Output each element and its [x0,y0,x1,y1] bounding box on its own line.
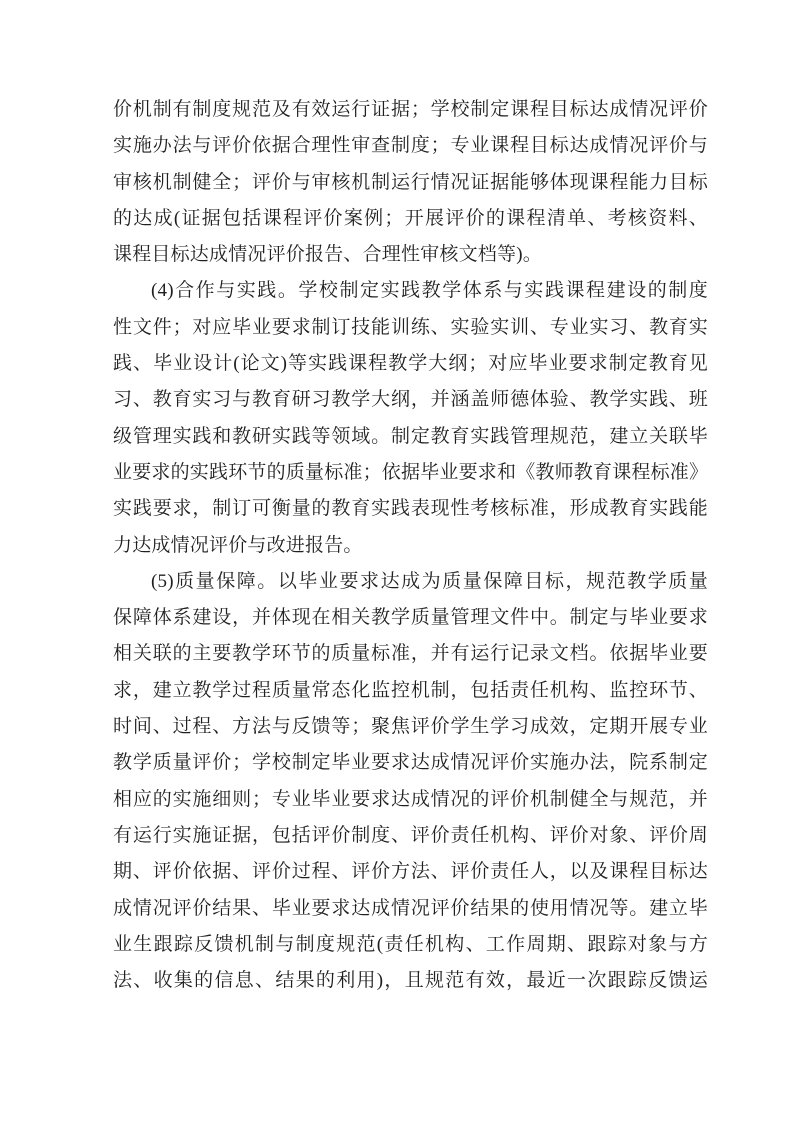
text-line: 业生跟踪反馈机制与制度规范(责任机构、工作周期、跟踪对象与方 [113,927,708,963]
text-line: (5)质量保障。以毕业要求达成为质量保障目标，规范教学质量 [113,564,708,600]
text-line: 成情况评价结果、毕业要求达成情况评价结果的使用情况等。建立毕 [113,891,708,927]
text-line: (4)合作与实践。学校制定实践教学体系与实践课程建设的制度 [113,273,708,309]
document-page: 价机制有制度规范及有效运行证据；学校制定课程目标达成情况评价实施办法与评价依据合… [0,0,793,1122]
text-line: 法、收集的信息、结果的利用)，且规范有效，最近一次跟踪反馈运 [113,963,708,999]
text-line: 时间、过程、方法与反馈等；聚焦评价学生学习成效，定期开展专业 [113,709,708,745]
text-line: 求，建立教学过程质量常态化监控机制，包括责任机构、监控环节、 [113,673,708,709]
text-line: 期、评价依据、评价过程、评价方法、评价责任人，以及课程目标达 [113,854,708,890]
text-line: 践、毕业设计(论文)等实践课程教学大纲；对应毕业要求制定教育见 [113,346,708,382]
paragraph-4-cooperation-and-practice: (4)合作与实践。学校制定实践教学体系与实践课程建设的制度性文件；对应毕业要求制… [113,273,708,563]
text-line: 业要求的实践环节的质量标准；依据毕业要求和《教师教育课程标准》 [113,455,708,491]
text-line: 实践要求，制订可衡量的教育实践表现性考核标准，形成教育实践能 [113,491,708,527]
text-line: 课程目标达成情况评价报告、合理性审核文档等)。 [113,237,708,273]
text-line: 性文件；对应毕业要求制订技能训练、实验实训、专业实习、教育实 [113,310,708,346]
text-line: 价机制有制度规范及有效运行证据；学校制定课程目标达成情况评价 [113,92,708,128]
text-line: 相应的实施细则；专业毕业要求达成情况的评价机制健全与规范，并 [113,782,708,818]
text-line: 习、教育实习与教育研习教学大纲，并涵盖师德体验、教学实践、班 [113,382,708,418]
text-line: 实施办法与评价依据合理性审查制度；专业课程目标达成情况评价与 [113,128,708,164]
text-line: 教学质量评价；学校制定毕业要求达成情况评价实施办法，院系制定 [113,745,708,781]
text-line: 有运行实施证据，包括评价制度、评价责任机构、评价对象、评价周 [113,818,708,854]
text-line: 力达成情况评价与改进报告。 [113,528,708,564]
text-line: 相关联的主要教学环节的质量标准，并有运行记录文档。依据毕业要 [113,636,708,672]
text-line: 级管理实践和教研实践等领域。制定教育实践管理规范，建立关联毕 [113,419,708,455]
paragraph-continued-evaluation-mechanism: 价机制有制度规范及有效运行证据；学校制定课程目标达成情况评价实施办法与评价依据合… [113,92,708,273]
paragraph-5-quality-assurance: (5)质量保障。以毕业要求达成为质量保障目标，规范教学质量保障体系建设，并体现在… [113,564,708,1000]
text-line: 审核机制健全；评价与审核机制运行情况证据能够体现课程能力目标 [113,165,708,201]
document-text-block: 价机制有制度规范及有效运行证据；学校制定课程目标达成情况评价实施办法与评价依据合… [113,92,708,999]
text-line: 保障体系建设，并体现在相关教学质量管理文件中。制定与毕业要求 [113,600,708,636]
text-line: 的达成(证据包括课程评价案例；开展评价的课程清单、考核资料、 [113,201,708,237]
